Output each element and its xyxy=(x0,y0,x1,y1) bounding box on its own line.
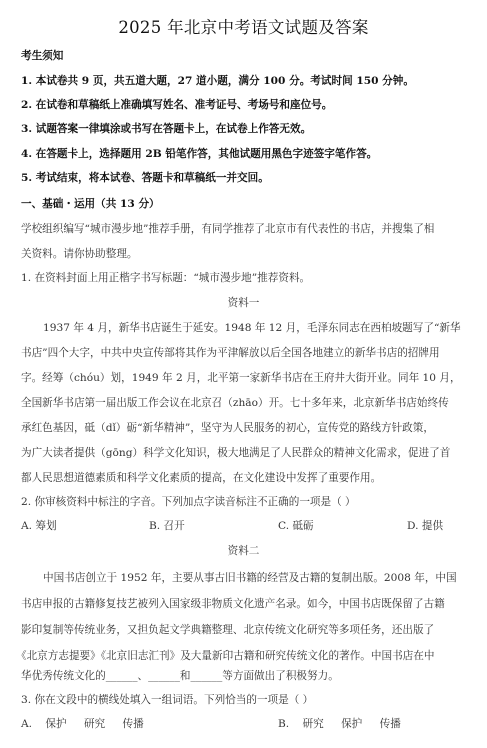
q3-option-b-word: 传播 xyxy=(380,718,401,730)
material-2-line: 中国书店创立于 1952 年，主要从事古旧书籍的经营及古籍的复制出版。2008 … xyxy=(43,570,457,585)
notice-heading: 考生须知 xyxy=(21,48,63,63)
q3-option-a-word: 保护 xyxy=(45,718,66,730)
q3-option-a-word: 研究 xyxy=(84,718,105,730)
q3-option-a-word: 传播 xyxy=(123,718,144,730)
notice-item: 5. 考试结束，将本试卷、答题卡和草稿纸一并交回。 xyxy=(21,170,269,185)
material-2-line: 华优秀传统文化的______、______和______等方面做出了积极努力。 xyxy=(21,668,339,683)
question-1: 1. 在资料封面上用正楷字书写标题：“城市漫步地”推荐资料。 xyxy=(21,270,310,285)
material-1-line: 为广大读者提供（gōng）科学文化知识，极大地满足了人民群众的精神文化需求，促进… xyxy=(21,445,450,460)
q3-option-a[interactable]: A. 保护 研究 传播 xyxy=(21,716,144,731)
material-2-line: 《北京方志提要》《北京旧志汇刊》及大量新印古籍和研究传统文化的著作。中国书店在中 xyxy=(16,648,434,663)
question-2: 2. 你审核资料中标注的字音。下列加点字读音标注不正确的一项是（ ） xyxy=(21,494,356,509)
material-1-line: 字。经筹（chóu）划，1949 年 2 月，北平第一家新华书店在王府井大街开业… xyxy=(21,370,461,385)
q2-option-d[interactable]: D. 提供 xyxy=(407,518,443,533)
intro-line: 学校组织编写“城市漫步地”推荐手册，有同学推荐了北京市有代表性的书店，并搜集了相 xyxy=(21,221,434,236)
material-2-line: 书店申报的古籍修复技艺被列入国家级非物质文化遗产名录。如今，中国书店既保留了古籍 xyxy=(21,596,445,611)
material-2-line: 影印复制等传统业务，又担负起文学典籍整理、北京传统文化研究等多项任务，还出版了 xyxy=(21,622,434,637)
page-title: 2025 年北京中考语文试题及答案 xyxy=(0,14,487,38)
section-heading: 一、基础・运用（共 13 分） xyxy=(21,196,160,211)
q3-option-a-label: A. xyxy=(21,718,32,730)
q3-option-b-label: B. xyxy=(278,718,289,730)
question-3: 3. 你在文段中的横线处填入一组词语。下列恰当的一项是（ ） xyxy=(21,692,313,707)
q2-option-c[interactable]: C. 砥砺 xyxy=(278,518,314,533)
intro-line: 关资料。请你协助整理。 xyxy=(21,246,138,261)
material-1-line: 承红色基因，砥（dǐ）砺“新华精神”，坚守为人民服务的初心，宣传党的路线方针政策… xyxy=(21,420,434,435)
material-1-line: 1937 年 4 月，新华书店诞生于延安。1948 年 12 月，毛泽东同志在西… xyxy=(43,320,461,335)
material-2-heading: 资料二 xyxy=(0,543,487,558)
q2-option-a[interactable]: A. 筹划 xyxy=(21,518,57,533)
material-1-line: 都人民思想道德素质和科学文化素质的提高，在文化建设中发挥了重要作用。 xyxy=(21,470,381,485)
notice-item: 4. 在答题卡上，选择题用 2B 铅笔作答，其他试题用黑色字迹签字笔作答。 xyxy=(21,146,377,161)
notice-item: 2. 在试卷和草稿纸上准确填写姓名、准考证号、考场号和座位号。 xyxy=(21,97,332,112)
material-1-line: 书店”四个大字，中共中央宣传部将其作为平津解放以后全国各地建立的新华书店的招牌用 xyxy=(21,345,440,360)
q2-option-b[interactable]: B. 召开 xyxy=(149,518,185,533)
q3-option-b[interactable]: B. 研究 保护 传播 xyxy=(278,716,401,731)
material-1-line: 全国新华书店第一届出版工作会议在北京召（zhāo）开。七十多年来，北京新华书店始… xyxy=(21,395,449,410)
material-1-heading: 资料一 xyxy=(0,295,487,310)
notice-item: 1. 本试卷共 9 页，共五道大题，27 道小题，满分 100 分。考试时间 1… xyxy=(21,73,414,88)
notice-item: 3. 试题答案一律填涂或书写在答题卡上，在试卷上作答无效。 xyxy=(21,121,311,136)
q3-option-b-word: 研究 xyxy=(303,718,324,730)
exam-page: 2025 年北京中考语文试题及答案 考生须知 1. 本试卷共 9 页，共五道大题… xyxy=(0,0,487,748)
q3-option-b-word: 保护 xyxy=(341,718,362,730)
